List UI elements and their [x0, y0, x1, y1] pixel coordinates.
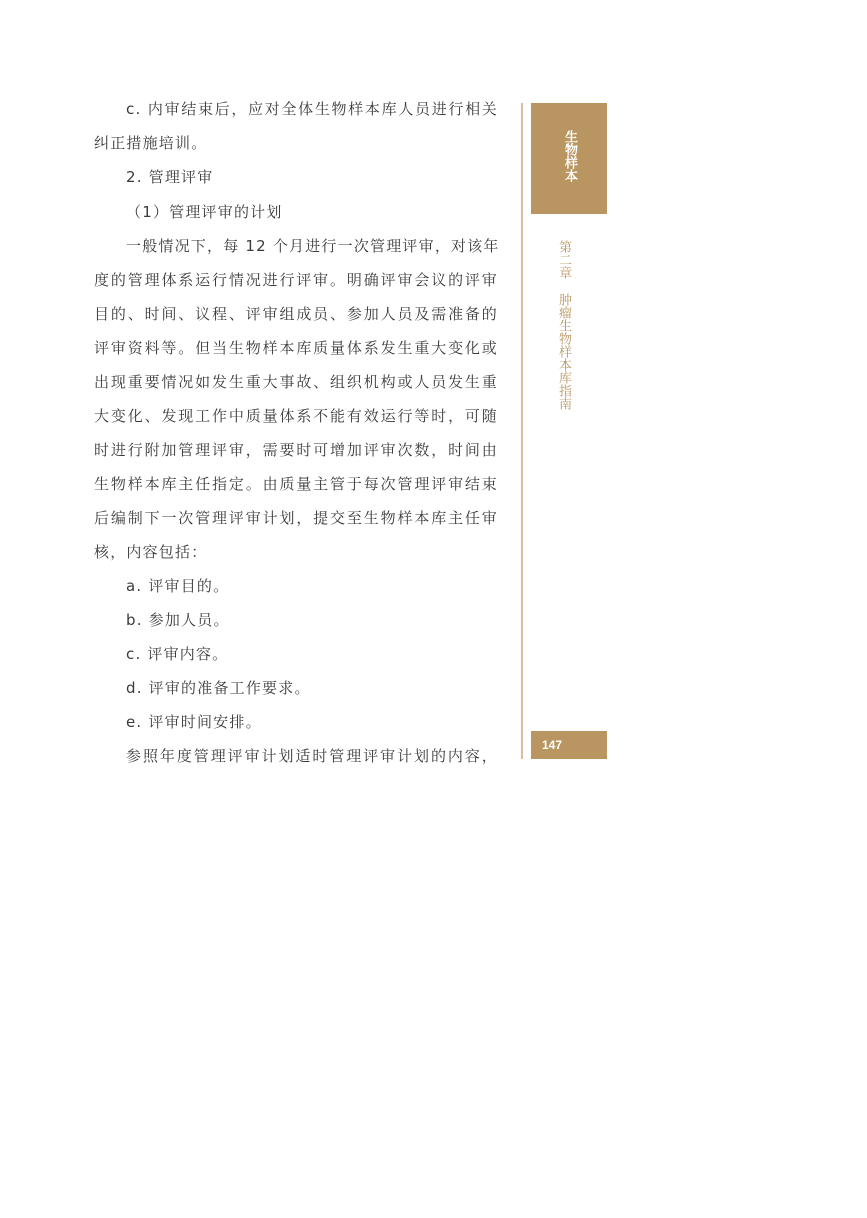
paragraph-line: 出现重要情况如发生重大事故、组织机构或人员发生重: [94, 372, 498, 392]
list-item: d. 评审的准备工作要求。: [126, 678, 311, 698]
list-item: e. 评审时间安排。: [126, 712, 262, 732]
paragraph-line: 核，内容包括：: [94, 542, 207, 562]
document-page: c. 内审结束后，应对全体生物样本库人员进行相关 纠正措施培训。 2. 管理评审…: [0, 0, 867, 1218]
paragraph-line: 大变化、发现工作中质量体系不能有效运行等时，可随: [94, 406, 498, 426]
paragraph-line: 纠正措施培训。: [94, 133, 207, 153]
paragraph-line: c. 内审结束后，应对全体生物样本库人员进行相关: [126, 99, 498, 119]
subsection-heading: （1）管理评审的计划: [126, 202, 283, 222]
paragraph-line: 时进行附加管理评审，需要时可增加评审次数，时间由: [94, 440, 498, 460]
list-item: a. 评审目的。: [126, 576, 229, 596]
page-number: 147: [542, 737, 562, 753]
paragraph-line: 一般情况下，每 12 个月进行一次管理评审，对该年: [126, 236, 498, 256]
paragraph-line: 评审资料等。但当生物样本库质量体系发生重大变化或: [94, 338, 498, 358]
paragraph-line: 度的管理体系运行情况进行评审。明确评审会议的评审: [94, 270, 498, 290]
paragraph-line: 目的、时间、议程、评审组成员、参加人员及需准备的: [94, 304, 498, 324]
chapter-label: 第二章: [556, 240, 571, 279]
section-tab: 生物样本: [531, 103, 607, 214]
section-heading: 2. 管理评审: [126, 167, 213, 187]
chapter-title: 第二章肿瘤生物样本库指南: [555, 240, 571, 410]
list-item: b. 参加人员。: [126, 610, 230, 630]
section-tab-label: 生物样本: [561, 130, 577, 182]
paragraph-line: 生物样本库主任指定。由质量主管于每次管理评审结束: [94, 474, 498, 494]
chapter-name: 肿瘤生物样本库指南: [556, 293, 571, 410]
paragraph-line: 参照年度管理评审计划适时管理评审计划的内容，: [126, 746, 498, 766]
paragraph-line: 后编制下一次管理评审计划，提交至生物样本库主任审: [94, 508, 498, 528]
list-item: c. 评审内容。: [126, 644, 228, 664]
margin-rule: [521, 103, 523, 759]
page-number-box: 147: [531, 731, 607, 759]
